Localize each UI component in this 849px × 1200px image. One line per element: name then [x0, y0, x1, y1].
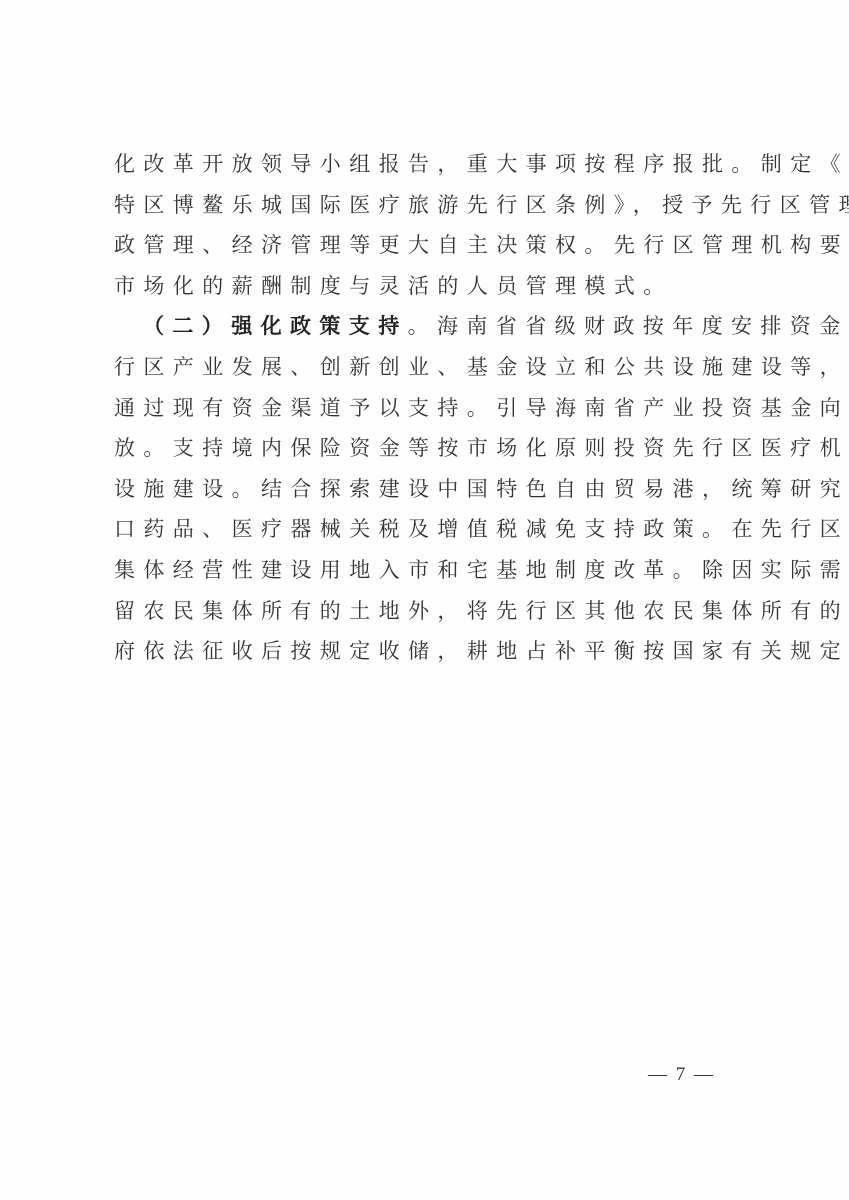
- text-line: 通过现有资金渠道予以支持。引导海南省产业投资基金向先行区投: [114, 388, 738, 429]
- page-number: — 7 —: [648, 1064, 748, 1086]
- text-span: 。海南省省级财政按年度安排资金支持先: [408, 314, 849, 338]
- text-line: 设施建设。结合探索建设中国特色自由贸易港，统筹研究先行区进: [114, 469, 738, 510]
- paragraph-first-line: （二）强化政策支持。海南省省级财政按年度安排资金支持先: [114, 306, 738, 347]
- text-line: 集体经营性建设用地入市和宅基地制度改革。除因实际需要确需保: [114, 550, 738, 591]
- text-line: 化改革开放领导小组报告，重大事项按程序报批。制定《海南经济: [114, 144, 738, 185]
- text-line: 府依法征收后按规定收储，耕地占补平衡按国家有关规定解决。: [114, 631, 738, 672]
- text-line: 留农民集体所有的土地外，将先行区其他农民集体所有的土地由政: [114, 591, 738, 632]
- text-line: 政管理、经济管理等更大自主决策权。先行区管理机构要探索建立: [114, 225, 738, 266]
- text-line: 放。支持境内保险资金等按市场化原则投资先行区医疗机构和配套: [114, 428, 738, 469]
- text-line: 市场化的薪酬制度与灵活的人员管理模式。: [114, 266, 738, 307]
- text-line: 行区产业发展、创新创业、基金设立和公共设施建设等，中央财政: [114, 347, 738, 388]
- section-heading: （二）强化政策支持: [143, 313, 408, 338]
- document-page: 化改革开放领导小组报告，重大事项按程序报批。制定《海南经济 特区博鳌乐城国际医疗…: [0, 0, 849, 1200]
- text-line: 特区博鳌乐城国际医疗旅游先行区条例》，授予先行区管理机构行: [114, 185, 738, 226]
- body-text: 化改革开放领导小组报告，重大事项按程序报批。制定《海南经济 特区博鳌乐城国际医疗…: [114, 144, 738, 672]
- text-line: 口药品、医疗器械关税及增值税减免支持政策。在先行区实施农村: [114, 509, 738, 550]
